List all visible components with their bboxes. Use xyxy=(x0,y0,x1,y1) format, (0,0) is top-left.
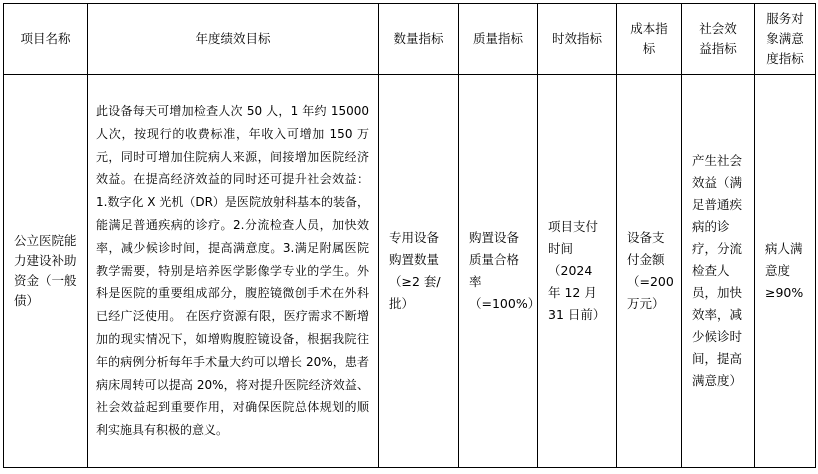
table-row: 公立医院能力建设补助资金（一般债） 此设备每天可增加检查人次 50 人，1 年约… xyxy=(4,75,816,468)
header-timeliness: 时效指标 xyxy=(538,4,617,75)
header-project-name: 项目名称 xyxy=(4,4,88,75)
header-quality: 质量指标 xyxy=(459,4,538,75)
header-satisfaction-label: 服务对象满意度指标 xyxy=(763,9,807,69)
cell-timeliness: 项目支付时间（2024 年 12 月 31 日前） xyxy=(538,75,617,468)
cell-quality: 购置设备质量合格率（=100%） xyxy=(459,75,538,468)
header-annual-goal: 年度绩效目标 xyxy=(88,4,379,75)
performance-goals-table: 项目名称 年度绩效目标 数量指标 质量指标 时效指标 成本指标 社会效益指标 服… xyxy=(3,3,816,468)
header-quantity: 数量指标 xyxy=(379,4,459,75)
table-header-row: 项目名称 年度绩效目标 数量指标 质量指标 时效指标 成本指标 社会效益指标 服… xyxy=(4,4,816,75)
header-social-benefit-label: 社会效益指标 xyxy=(695,19,741,59)
header-cost: 成本指标 xyxy=(617,4,682,75)
cell-social-benefit: 产生社会效益（满足普通疾病的诊疗，分流检查人员，加快效率，减少候诊时间，提高满意… xyxy=(682,75,755,468)
header-cost-label: 成本指标 xyxy=(626,19,672,59)
cell-satisfaction: 病人满意度≥90% xyxy=(755,75,816,468)
cell-cost: 设备支付金额（=200 万元） xyxy=(617,75,682,468)
cell-annual-goal: 此设备每天可增加检查人次 50 人，1 年约 15000 人次，按现行的收费标准… xyxy=(88,75,379,468)
header-social-benefit: 社会效益指标 xyxy=(682,4,755,75)
header-satisfaction: 服务对象满意度指标 xyxy=(755,4,816,75)
cell-project-name: 公立医院能力建设补助资金（一般债） xyxy=(4,75,88,468)
cell-quantity: 专用设备购置数量（≥2 套/批） xyxy=(379,75,459,468)
